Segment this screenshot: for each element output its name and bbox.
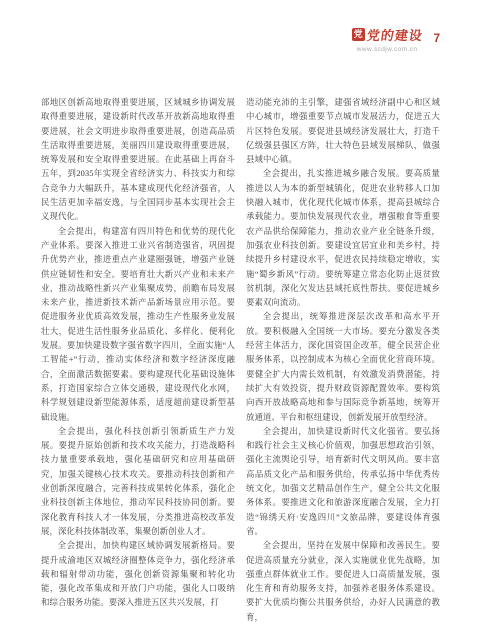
magazine-seal-icon: 党 (352, 28, 365, 41)
magazine-url: www.scdjw.com.cn (357, 46, 418, 53)
article-paragraph: 全会提出，加快建设新时代文化强省。要弘扬和践行社会主义核心价值观，加强思想政治引… (246, 425, 440, 539)
magazine-page: 党 党的建设 www.scdjw.com.cn 7 部地区创新高地取得重要进展，… (0, 0, 484, 640)
article-paragraph: 造动能充沛的主引擎，建强省域经济副中心和区域中心城市，增强重要节点城市发展活力，… (246, 96, 440, 167)
page-header: 党 党的建设 www.scdjw.com.cn 7 (352, 25, 440, 53)
article-paragraph: 全会提出，构建富有四川特色和优势的现代化产业体系。要深入推进工业兴省制造强省，巩… (41, 225, 235, 425)
article-paragraph: 全会提出，加快构建区域协调发展新格局。要提升成渝地区双城经济圈整体竞争力，强化经… (41, 539, 235, 610)
magazine-masthead: 党 党的建设 (352, 25, 423, 44)
magazine-logo: 党 党的建设 www.scdjw.com.cn (352, 25, 423, 53)
article-column-left: 部地区创新高地取得重要进展，区域城乡协调发展取得重要进展，建设新时代改革开放新高… (41, 96, 235, 611)
article-paragraph: 全会提出，扎实推进城乡融合发展。要高质量推进以人为本的新型城镇化，促进农业转移人… (246, 167, 440, 310)
magazine-title: 党的建设 (365, 25, 424, 44)
page-number: 7 (434, 33, 440, 45)
article-paragraph: 全会提出，强化科技创新引领新质生产力发展。要提升原始创新和技术攻关能力，打造战略… (41, 425, 235, 539)
article-paragraph: 全会提出，统筹推进深层次改革和高水平开放。要积极融入全国统一大市场。要充分激发各… (246, 310, 440, 424)
article-paragraph: 部地区创新高地取得重要进展，区域城乡协调发展取得重要进展，建设新时代改革开放新高… (41, 96, 235, 225)
article-column-right: 造动能充沛的主引擎，建强省域经济副中心和区域中心城市，增强重要节点城市发展活力，… (246, 96, 440, 625)
article-paragraph: 全会提出，坚持在发展中保障和改善民生。要促进高质量充分就业，深入实施就业优先战略… (246, 539, 440, 625)
